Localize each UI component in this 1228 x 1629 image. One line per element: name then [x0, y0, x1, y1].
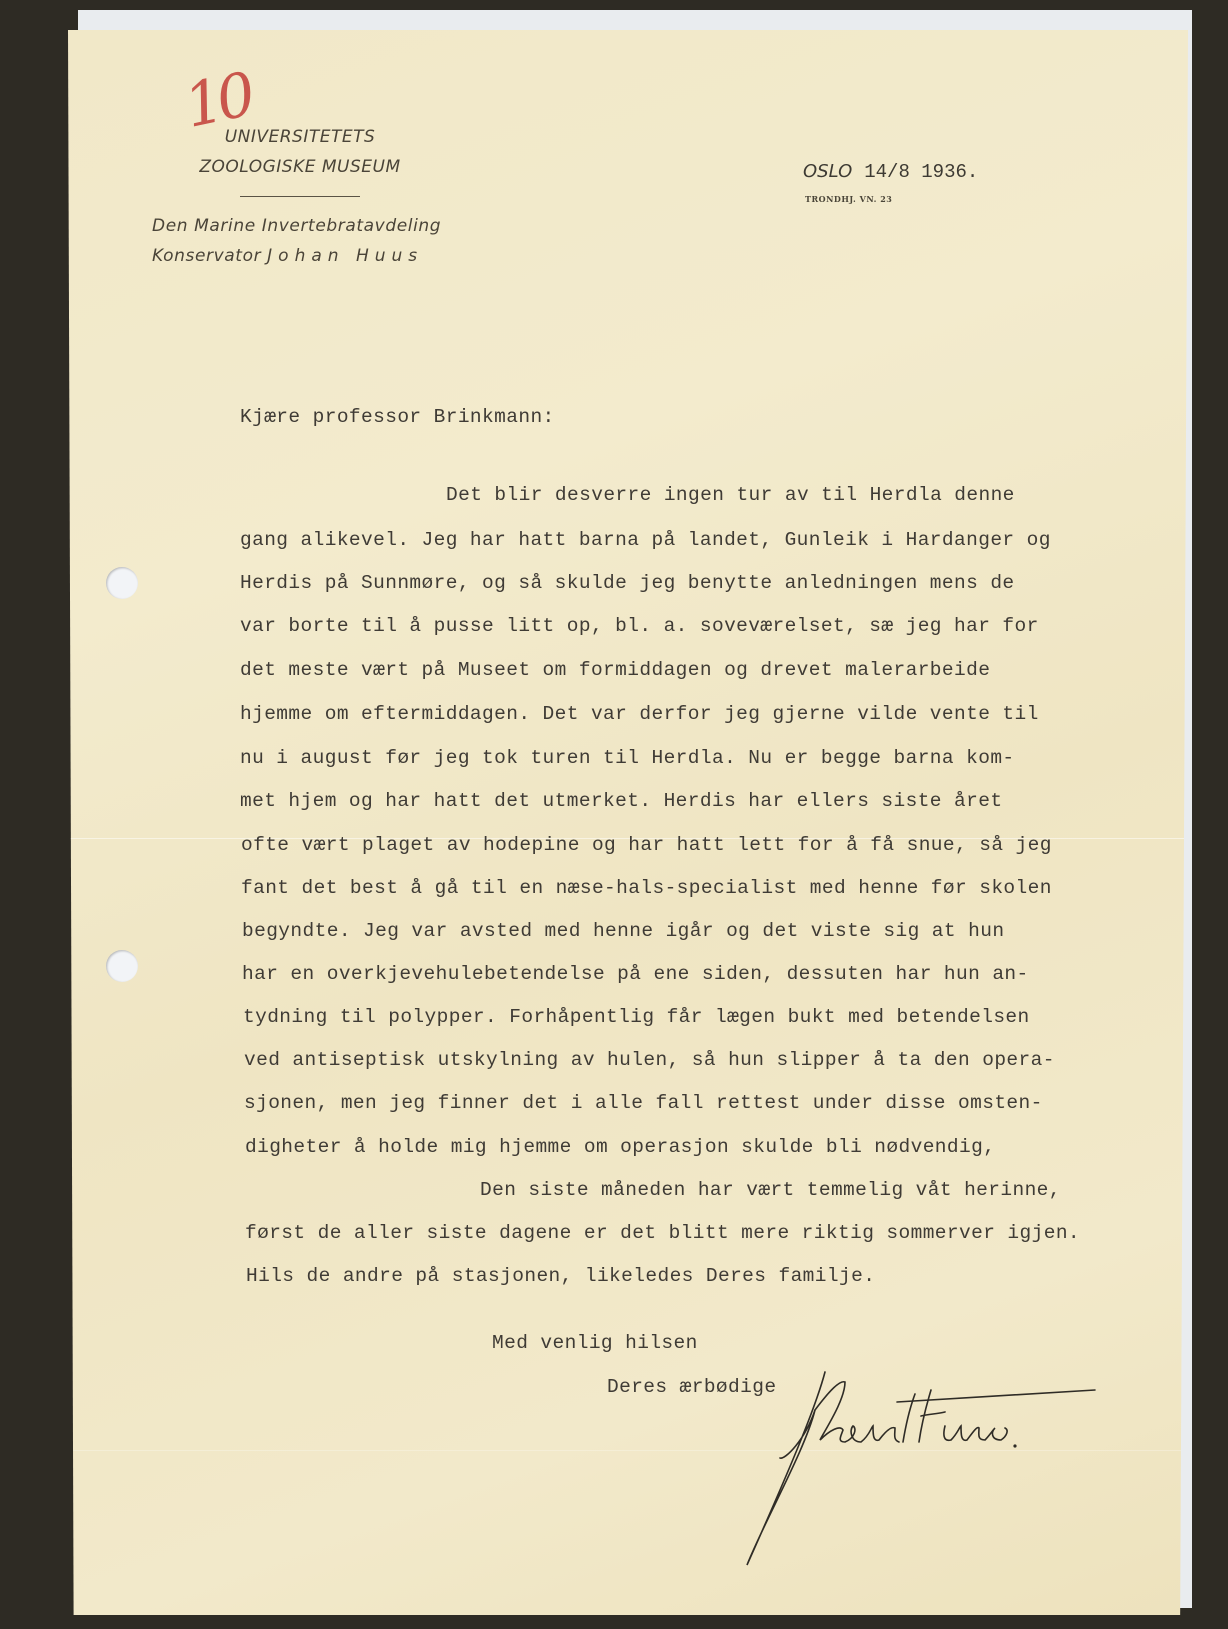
- body-line: Herdis på Sunnmøre, og så skulde jeg ben…: [240, 572, 1015, 594]
- letterhead-rule: [240, 196, 360, 197]
- conservator-line: Konservator Johan Huus: [150, 241, 450, 271]
- institution-line1: UNIVERSITETETS: [150, 122, 450, 152]
- conservator-name: Johan Huus: [267, 246, 423, 266]
- punch-hole: [106, 567, 138, 599]
- address: TRONDHJ. VN. 23: [805, 194, 892, 204]
- body-line: ved antiseptisk utskylning av hulen, så …: [244, 1049, 1055, 1071]
- conservator-title: Konservator: [152, 246, 261, 266]
- body-line: begyndte. Jeg var avsted med henne igår …: [242, 920, 1004, 942]
- body-line: ofte vært plaget av hodepine og har hatt…: [241, 834, 1052, 856]
- body-line: gang alikevel. Jeg har hatt barna på lan…: [240, 529, 1051, 551]
- body-line: først de aller siste dagene er det blitt…: [245, 1222, 1080, 1244]
- salutation: Kjære professor Brinkmann:: [240, 406, 555, 428]
- body-line: Det blir desverre ingen tur av til Herdl…: [446, 484, 1015, 506]
- institution-line2: ZOOLOGISKE MUSEUM: [150, 152, 450, 182]
- body-line: digheter å holde mig hjemme om operasjon…: [245, 1136, 995, 1158]
- body-line: nu i august før jeg tok turen til Herdla…: [240, 747, 1015, 769]
- body-line: sjonen, men jeg finner det i alle fall r…: [244, 1092, 1043, 1114]
- date: 14/8 1936.: [864, 161, 978, 183]
- body-line: Hils de andre på stasjonen, likeledes De…: [246, 1265, 875, 1287]
- closing: Med venlig hilsen: [492, 1332, 698, 1354]
- body-line: var borte til å pusse litt op, bl. a. so…: [240, 615, 1039, 637]
- body-line: har en overkjevehulebetendelse på ene si…: [242, 963, 1029, 985]
- body-line: Den siste måneden har vært temmelig våt …: [480, 1179, 1061, 1201]
- body-line: met hjem og har hatt det utmerket. Herdi…: [240, 790, 1002, 812]
- department: Den Marine Invertebratavdeling: [150, 211, 450, 241]
- body-line: det meste vært på Museet om formiddagen …: [240, 659, 990, 681]
- signature: [745, 1370, 1105, 1570]
- body-line: fant det best å gå til en næse-hals-spec…: [241, 877, 1052, 899]
- place: OSLO: [803, 161, 852, 182]
- letterhead: UNIVERSITETETS ZOOLOGISKE MUSEUM Den Mar…: [150, 122, 450, 271]
- place-date: OSLO14/8 1936.: [803, 161, 978, 183]
- body-line: tydning til polypper. Forhåpentlig får l…: [243, 1006, 1030, 1028]
- body-line: hjemme om eftermiddagen. Det var derfor …: [240, 703, 1039, 725]
- punch-hole: [106, 950, 138, 982]
